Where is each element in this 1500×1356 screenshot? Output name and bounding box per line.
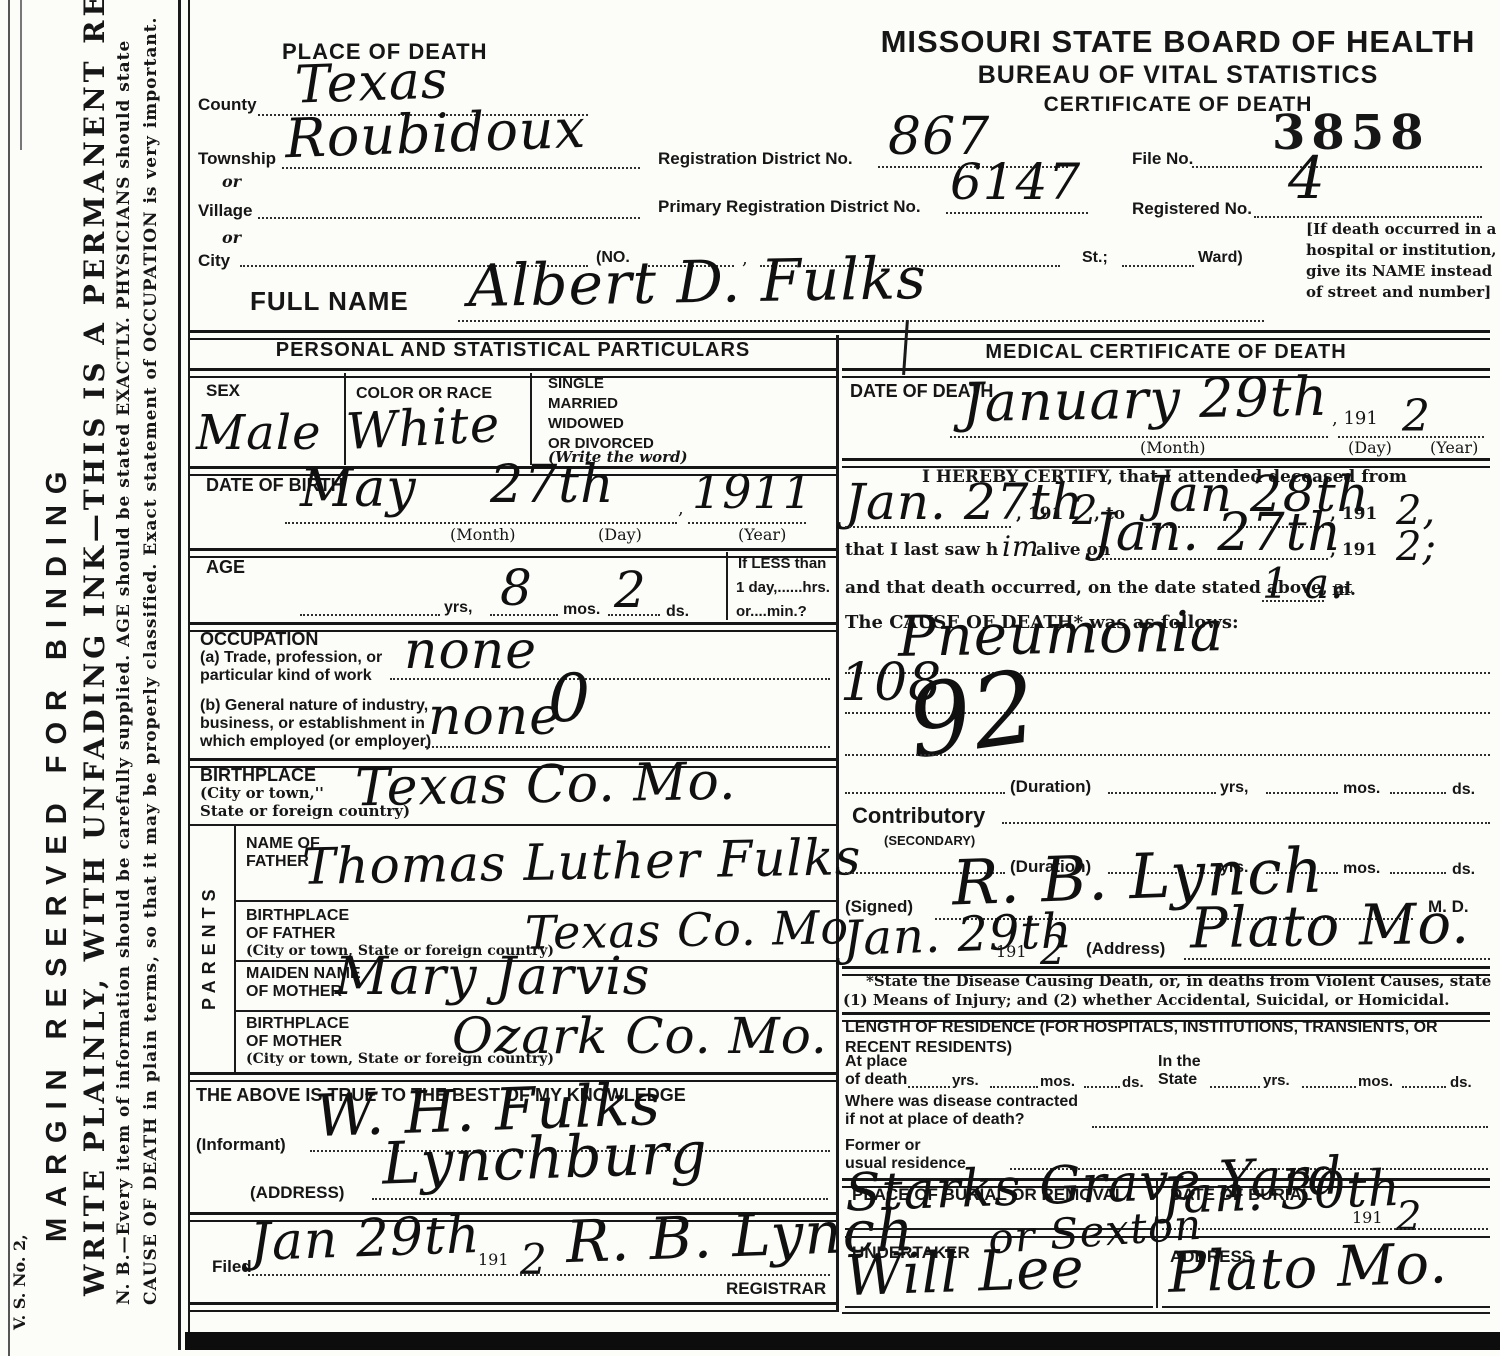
margin-permanent-record-note: WRITE PLAINLY, WITH UNFADING INK—THIS IS… (80, 0, 109, 1296)
last-saw-year-handwriting: 2; (1396, 526, 1437, 568)
duration2-ds-label: ds. (1452, 862, 1475, 879)
hospital-note-line3: give its NAME instead (1306, 264, 1492, 280)
bottom-scan-bar (185, 1332, 1500, 1350)
atplace-ds-line (1084, 1086, 1120, 1088)
contributory-line (1002, 822, 1490, 824)
duration1-lead-line (845, 792, 1005, 794)
age-ds-label: ds. (666, 604, 689, 621)
if-less-line1: If LESS than (738, 556, 826, 572)
signed-date-handwriting: Jan. 29th (842, 906, 1073, 964)
residence-label-line1: LENGTH OF RESIDENCE (FOR HOSPITALS, INST… (845, 1020, 1438, 1037)
occupation-a-line1: (a) Trade, profession, or (200, 650, 382, 667)
atplace-mos-line (990, 1086, 1038, 1088)
state-ds-line (1402, 1086, 1446, 1088)
date-of-burial-line (1162, 1228, 1488, 1230)
last-saw-date-handwriting: Jan. 27th (1094, 506, 1342, 561)
personal-section-title: PERSONAL AND STATISTICAL PARTICULARS (190, 340, 836, 361)
if-less-line2: 1 day,......hrs. (736, 580, 830, 596)
disease-contracted-line1: Where was disease contracted (845, 1094, 1078, 1111)
parents-label-divider (234, 824, 236, 1074)
undertaker-line (845, 1306, 1153, 1308)
mother-name-label-line2: OF MOTHER (246, 984, 342, 1001)
burial-year-printed: 191 (1352, 1210, 1383, 1227)
duration1-label: (Duration) (1010, 778, 1091, 796)
disease-contracted-line (1092, 1126, 1488, 1128)
margin-nb-note-line1: N. B.—Every item of information should b… (116, 40, 134, 1305)
age-box-divider (726, 552, 728, 620)
atplace-yrs-label: yrs. (952, 1073, 979, 1089)
state-ds-label: ds. (1450, 1075, 1472, 1091)
marital-option-married: MARRIED (548, 396, 618, 412)
scan-edge-line-short (20, 0, 22, 150)
at-place-line2: of death (845, 1072, 907, 1089)
color-race-value-handwriting: White (345, 398, 502, 459)
column-divider (836, 335, 839, 1312)
cause-flourish-handwriting: 92 (901, 654, 1044, 776)
signed-address-line (1184, 958, 1490, 960)
margin-nb-note-line2: CAUSE OF DEATH in plain terms, so that i… (143, 17, 161, 1305)
occupation-b-line3: which employed (or employer) (200, 734, 431, 751)
state-yrs-line (1210, 1086, 1260, 1088)
duration1-ds-label: ds. (1452, 782, 1475, 799)
age-mos-label: mos. (563, 602, 600, 619)
registered-no-line (1254, 216, 1482, 218)
age-yrs-line (300, 614, 440, 616)
occupation-a-line2: particular kind of work (200, 668, 372, 685)
atplace-mos-label: mos. (1040, 1074, 1075, 1090)
filed-line (248, 1274, 830, 1276)
filed-year-printed: 191 (478, 1252, 509, 1269)
duration1-yrs-label: yrs, (1220, 780, 1248, 797)
form-number: V. S. No. 2, (12, 1234, 29, 1330)
bureau-title: BUREAU OF VITAL STATISTICS (862, 62, 1494, 88)
registered-no-label: Registered No. (1132, 200, 1252, 218)
mother-birthplace-label-line2: OF MOTHER (246, 1034, 342, 1051)
footnote-line1: *State the Disease Causing Death, or, in… (866, 974, 1491, 990)
dob-year-caption: (Year) (738, 527, 786, 544)
age-yrs-label: yrs, (444, 600, 472, 617)
state-mos-line (1302, 1086, 1356, 1088)
disease-contracted-line2: if not at place of death? (845, 1112, 1025, 1129)
atplace-ds-label: ds. (1122, 1075, 1144, 1091)
primary-registration-label: Primary Registration District No. (658, 198, 921, 216)
footnote-line2: (1) Means of Injury; and (2) whether Acc… (843, 993, 1449, 1009)
birthplace-value-handwriting: Texas Co. Mo. (355, 755, 737, 816)
death-time-m-printed: m. (1332, 582, 1356, 600)
registered-no-value-handwriting: 4 (1288, 148, 1326, 209)
primary-registration-value-handwriting: 6147 (950, 156, 1081, 209)
hospital-note-line4: of street and number] (1306, 285, 1491, 301)
dob-month-handwriting: May (300, 462, 417, 517)
filed-label: Filed (212, 1258, 252, 1276)
occupation-b-line2: business, or establishment in (200, 716, 425, 733)
margin-binding-note: MARGIN RESERVED FOR BINDING (42, 461, 72, 1242)
dod-year-caption: (Year) (1430, 440, 1478, 457)
date-of-death-year-printed: , 191 (1332, 410, 1378, 429)
full-name-label: FULL NAME (250, 288, 409, 315)
ward-line (1122, 265, 1194, 267)
dob-day-handwriting: 27th (490, 458, 615, 513)
death-certificate-scan: V. S. No. 2, MARGIN RESERVED FOR BINDING… (0, 0, 1500, 1356)
or-label-2: or (222, 230, 241, 247)
father-birthplace-label-line1: BIRTHPLACE (246, 908, 349, 925)
last-saw-printed: that I last saw h (845, 542, 998, 560)
marital-option-widowed: WIDOWED (548, 416, 624, 432)
occupation-a-line (390, 678, 830, 680)
hospital-note-line1: [If death occurred in a (1306, 222, 1496, 238)
mother-name-value-handwriting: Mary Jarvis (335, 950, 650, 1005)
township-label: Township (198, 150, 276, 168)
at-place-line1: At place (845, 1054, 907, 1071)
birthplace-divider (190, 824, 836, 826)
sex-value-handwriting: Male (196, 408, 322, 458)
last-saw-him-handwriting: im (1002, 532, 1040, 561)
medical-section-title: MEDICAL CERTIFICATE OF DEATH (842, 342, 1490, 363)
registration-district-label: Registration District No. (658, 150, 853, 168)
date-of-death-line (950, 436, 1328, 438)
date-of-death-value-handwriting: January 29th (962, 369, 1329, 432)
age-mos-line (490, 614, 558, 616)
date-of-death-year-handwriting: 2 (1402, 394, 1431, 440)
contributory-label: Contributory (852, 804, 985, 827)
occupation-b-line (425, 746, 830, 748)
mother-birthplace-label-line1: BIRTHPLACE (246, 1016, 349, 1033)
form-border-inner (188, 0, 190, 1350)
signed-year-printed: 191 (996, 944, 1027, 961)
county-label: County (198, 96, 257, 114)
undertaker-address-value-handwriting: Plato Mo. (1167, 1235, 1449, 1304)
occupation-a-value-handwriting: none (404, 624, 537, 679)
sex-label: SEX (206, 382, 240, 400)
file-no-label: File No. (1132, 150, 1193, 168)
atplace-yrs-line (908, 1086, 950, 1088)
township-line (282, 167, 640, 169)
primary-registration-line (946, 212, 1088, 214)
occupation-b-zero-handwriting: 0 (548, 664, 591, 733)
birthplace-label: BIRTHPLACE (200, 766, 316, 785)
birthplace-sub1: (City or town,'' (200, 786, 324, 802)
scan-edge-line (8, 0, 10, 1356)
father-birthplace-label-line2: OF FATHER (246, 926, 335, 943)
informant-address-label: (ADDRESS) (250, 1184, 344, 1202)
if-less-line3: or....min.? (736, 604, 807, 620)
occupation-b-line1: (b) General nature of industry, (200, 698, 428, 715)
death-time-line (1262, 600, 1324, 602)
duration1-mos-line (1266, 792, 1338, 794)
marital-option-single: SINGLE (548, 376, 604, 392)
dob-year-line (688, 522, 806, 524)
dob-month-caption: (Month) (450, 527, 516, 544)
filed-date-handwriting: Jan 29th (249, 1208, 481, 1271)
occupation-b-value-handwriting: none (428, 690, 561, 745)
informant-address-value-handwriting: Lynchburg (381, 1122, 709, 1194)
age-months-handwriting: 8 (500, 562, 533, 615)
state-mos-label: mos. (1358, 1074, 1393, 1090)
former-residence-line1: Former or (845, 1138, 921, 1155)
village-label: Village (198, 202, 253, 220)
village-line (258, 217, 640, 219)
attended-from-line (845, 526, 1011, 528)
city-label: City (198, 252, 230, 270)
age-label: AGE (206, 558, 245, 577)
informant-address-line (372, 1198, 828, 1200)
dob-comma: , (678, 500, 684, 519)
father-name-label-line2: FATHER (246, 854, 309, 871)
or-label-1: or (222, 174, 241, 191)
full-name-value-handwriting: Albert D. Fulks (468, 248, 928, 317)
father-name-value-handwriting: Thomas Luther Fulks (302, 831, 862, 893)
ward-label: Ward) (1198, 250, 1243, 267)
informant-label: (Informant) (196, 1136, 286, 1154)
duration1-mos-label: mos. (1343, 781, 1380, 798)
hospital-note-line2: hospital or institution, (1306, 243, 1497, 259)
full-name-line (458, 320, 1264, 322)
duration2-ds-line (1390, 872, 1446, 874)
st-label: St.; (1082, 250, 1108, 267)
burial-bottom-divider (842, 1312, 1490, 1314)
dob-line (285, 522, 677, 524)
undertaker-address-line (1162, 1306, 1490, 1308)
mother-birthplace-value-handwriting: Ozark Co. Mo. (452, 1010, 828, 1063)
duration1-ds-line (1390, 792, 1446, 794)
dod-month-caption: (Month) (1140, 440, 1206, 457)
personal-title-divider (190, 368, 836, 378)
attended-from-year-printed: , 191 (1016, 506, 1063, 524)
state-yrs-label: yrs. (1263, 1073, 1290, 1089)
signed-address-value-handwriting: Plato Mo. (1190, 896, 1471, 960)
cause-line3 (845, 754, 1490, 756)
age-ds-line (608, 614, 660, 616)
registrar-label: REGISTRAR (726, 1280, 826, 1298)
filed-bottom-divider (190, 1302, 836, 1312)
occupation-label: OCCUPATION (200, 630, 318, 649)
color-cell-divider (530, 373, 532, 465)
last-saw-year-printed: , 191 (1330, 542, 1377, 560)
parents-label: PARENTS (200, 883, 219, 1010)
in-the-state-label: State (1158, 1072, 1197, 1089)
duration1-yrs-line (1108, 792, 1216, 794)
file-no-line (1192, 166, 1482, 168)
duration2-mos-label: mos. (1343, 861, 1380, 878)
signed-address-label: (Address) (1086, 940, 1165, 958)
dod-day-caption: (Day) (1348, 440, 1392, 457)
undertaker-value-handwriting: Will Lee (844, 1240, 1085, 1307)
dob-day-caption: (Day) (598, 527, 642, 544)
in-the-line1: In the (1158, 1054, 1201, 1071)
dob-year-handwriting: 1911 (692, 468, 813, 516)
age-days-handwriting: 2 (614, 564, 647, 617)
form-border-outer (178, 0, 181, 1350)
board-title: MISSOURI STATE BOARD OF HEALTH (862, 26, 1494, 59)
township-value-handwriting: Roubidoux (284, 101, 587, 168)
